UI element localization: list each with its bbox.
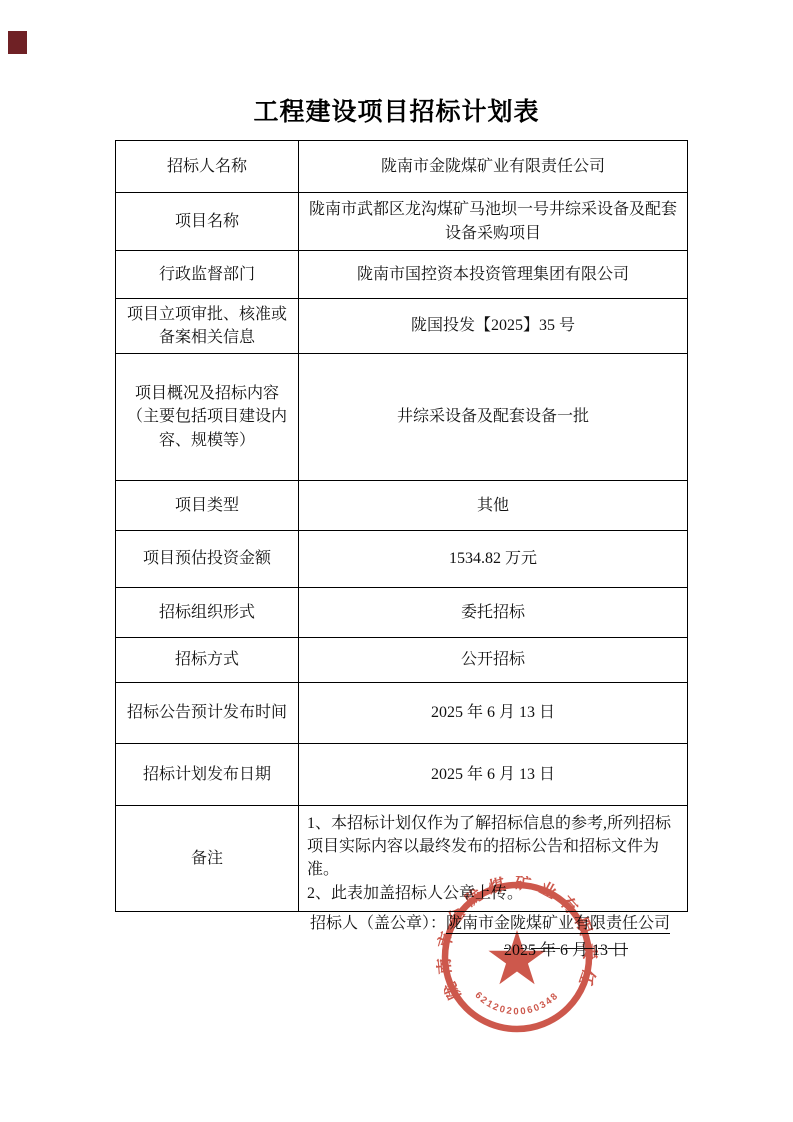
table-row: 招标计划发布日期 2025 年 6 月 13 日 [116, 744, 688, 806]
signature-date: 2025 年 6 月 13 日 [452, 937, 680, 960]
seal-code-arc-text: 6212020060348 [473, 990, 562, 1017]
table-row: 备注 1、本招标计划仅作为了解招标信息的参考,所列招标项目实际内容以最终发布的招… [116, 806, 688, 912]
row-label: 招标公告预计发布时间 [116, 683, 299, 744]
table-row: 项目概况及招标内容（主要包括项目建设内容、规模等） 井综采设备及配套设备一批 [116, 354, 688, 481]
row-label: 招标组织形式 [116, 588, 299, 638]
row-label: 备注 [116, 806, 299, 912]
row-value: 委托招标 [299, 588, 688, 638]
signature-prefix: 招标人（盖公章）： [310, 915, 446, 932]
row-label: 招标计划发布日期 [116, 744, 299, 806]
remark-line: 2、此表加盖招标人公章上传。 [307, 882, 679, 905]
bidding-table-body: 招标人名称 陇南市金陇煤矿业有限责任公司 项目名称 陇南市武都区龙沟煤矿马池坝一… [116, 141, 688, 912]
signature-line: 招标人（盖公章）：陇南市金陇煤矿业有限责任公司 [310, 910, 670, 933]
table-row: 招标人名称 陇南市金陇煤矿业有限责任公司 [116, 141, 688, 193]
row-label: 招标方式 [116, 638, 299, 683]
table-row: 招标公告预计发布时间 2025 年 6 月 13 日 [116, 683, 688, 744]
row-label: 项目名称 [116, 193, 299, 251]
row-value: 陇南市武都区龙沟煤矿马池坝一号井综采设备及配套设备采购项目 [299, 193, 688, 251]
row-value: 其他 [299, 481, 688, 531]
row-value: 1、本招标计划仅作为了解招标信息的参考,所列招标项目实际内容以最终发布的招标公告… [299, 806, 688, 912]
row-label: 项目类型 [116, 481, 299, 531]
table-row: 项目类型 其他 [116, 481, 688, 531]
row-label: 项目立项审批、核准或备案相关信息 [116, 299, 299, 354]
row-value: 2025 年 6 月 13 日 [299, 683, 688, 744]
table-row: 项目立项审批、核准或备案相关信息 陇国投发【2025】35 号 [116, 299, 688, 354]
row-value: 1534.82 万元 [299, 531, 688, 588]
row-value: 陇南市国控资本投资管理集团有限公司 [299, 251, 688, 299]
table-row: 行政监督部门 陇南市国控资本投资管理集团有限公司 [116, 251, 688, 299]
row-label: 招标人名称 [116, 141, 299, 193]
signature-company: 陇南市金陇煤矿业有限责任公司 [446, 915, 670, 934]
page-title: 工程建设项目招标计划表 [0, 92, 793, 128]
row-value: 陇南市金陇煤矿业有限责任公司 [299, 141, 688, 193]
svg-text:6212020060348: 6212020060348 [473, 990, 562, 1017]
table-row: 项目名称 陇南市武都区龙沟煤矿马池坝一号井综采设备及配套设备采购项目 [116, 193, 688, 251]
row-label: 项目预估投资金额 [116, 531, 299, 588]
scan-artifact-mark [8, 31, 27, 54]
row-value: 井综采设备及配套设备一批 [299, 354, 688, 481]
row-label: 行政监督部门 [116, 251, 299, 299]
row-value: 2025 年 6 月 13 日 [299, 744, 688, 806]
bidding-plan-table: 招标人名称 陇南市金陇煤矿业有限责任公司 项目名称 陇南市武都区龙沟煤矿马池坝一… [115, 140, 688, 912]
table-row: 招标组织形式 委托招标 [116, 588, 688, 638]
row-value: 公开招标 [299, 638, 688, 683]
table-row: 招标方式 公开招标 [116, 638, 688, 683]
row-label: 项目概况及招标内容（主要包括项目建设内容、规模等） [116, 354, 299, 481]
table-row: 项目预估投资金额 1534.82 万元 [116, 531, 688, 588]
row-value: 陇国投发【2025】35 号 [299, 299, 688, 354]
remark-line: 1、本招标计划仅作为了解招标信息的参考,所列招标项目实际内容以最终发布的招标公告… [307, 812, 679, 882]
